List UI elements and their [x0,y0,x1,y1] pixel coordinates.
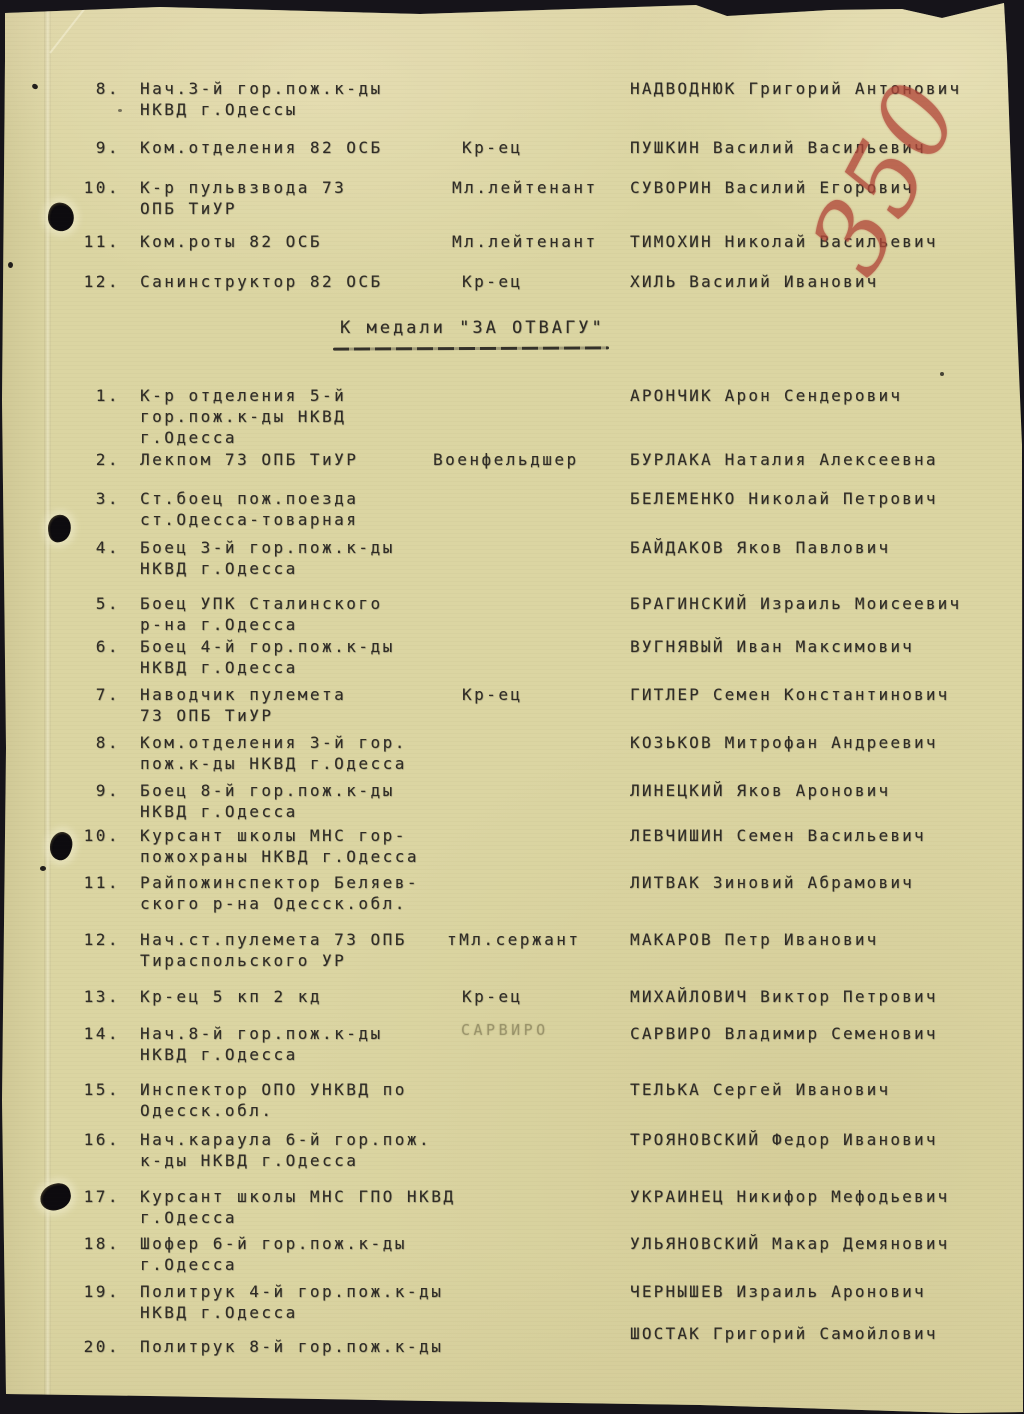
entry-name: АРОНЧИК Арон Сендерович [630,385,1015,406]
entry-position-line: г.Одесса [140,1207,480,1228]
entry-number: 14. [58,1023,120,1044]
entry-position-line: НКВД г.Одесса [140,1044,480,1065]
entry-number: 2. [58,449,120,470]
entry-position-line: Политрук 8-й гор.пож.к-ды [140,1336,480,1357]
entry-position-line: Курсант школы МНС ГПО НКВД [140,1186,480,1207]
entry-name: ТРОЯНОВСКИЙ Федор Иванович [630,1129,1015,1150]
entry-number: 9. [58,780,120,801]
entry-rank: Военфельдшер [433,449,633,470]
entry-position-line: Кр-ец 5 кп 2 кд [140,986,480,1007]
entry-position-line: г.Одесса [140,1254,480,1275]
entry-number: 12. [58,271,120,292]
entry-position-line: Лекпом 73 ОПБ ТиУР [140,449,480,470]
entry-position-line: ОПБ ТиУР [140,198,480,219]
entry-position-line: Боец 4-й гор.пож.к-ды [140,636,480,657]
entry-rank: тМл.сержант [447,929,647,950]
entry-position: Санинструктор 82 ОСБ [140,271,480,292]
entry-position-line: р-на г.Одесса [140,614,480,635]
entry-name: БАЙДАКОВ Яков Павлович [630,537,1015,558]
entry-number: 1. [58,385,120,406]
section-title: К медали "ЗА ОТВАГУ" [340,318,605,338]
entry-position-line: к-ды НКВД г.Одесса [140,1150,480,1171]
entry-name: МАКАРОВ Петр Иванович [630,929,1015,950]
entry-position: Курсант школы МНС гор-пожохраны НКВД г.О… [140,825,480,867]
entry-position: Боец 8-й гор.пож.к-дыНКВД г.Одесса [140,780,480,822]
entry-position: Нач.8-й гор.пож.к-дыНКВД г.Одесса [140,1023,480,1065]
entry-position-line: К-р отделения 5-й [140,385,480,406]
entry-position-line: Нач.3-й гор.пож.к-ды [140,78,480,99]
entry-position-line: Боец 8-й гор.пож.к-ды [140,780,480,801]
entry-position-line: г.Одесса [140,427,480,448]
entry-name: БЕЛЕМЕНКО Николай Петрович [630,488,1015,509]
entry-position-line: Ком.отделения 3-й гор. [140,732,480,753]
entry-position-line: пожохраны НКВД г.Одесса [140,846,480,867]
entry-name: МИХАЙЛОВИЧ Виктор Петрович [630,986,1015,1007]
entry-position-line: Райпожинспектор Беляев- [140,872,480,893]
entry-number: 11. [58,872,120,893]
entry-position-line: Нач.8-й гор.пож.к-ды [140,1023,480,1044]
diagonal-crease [49,0,120,54]
entry-name: БУРЛАКА Наталия Алексеевна [630,449,1015,470]
entry-position-line: Нач.ст.пулемета 73 ОПБ [140,929,480,950]
entry-position: Боец 4-й гор.пож.к-дыНКВД г.Одесса [140,636,480,678]
scanned-document: { "page": { "header_title": "К медали \"… [0,0,1024,1414]
entry-position: Политрук 4-й гор.пож.к-дыНКВД г.Одесса [140,1281,480,1323]
entry-name: САРВИРО Владимир Семенович [630,1023,1015,1044]
entry-position-line: Тираспольского УР [140,950,480,971]
paper-speck [31,83,39,90]
entry-position: Курсант школы МНС ГПО НКВДг.Одесса [140,1186,480,1228]
entry-name: УЛЬЯНОВСКИЙ Макар Демянович [630,1233,1015,1254]
faded-ink-ghost-text: САРВИРО [461,1021,549,1039]
entry-position-line: Боец УПК Сталинского [140,593,480,614]
paper-speck [8,262,13,268]
entry-position-line: НКВД г.Одесса [140,801,480,822]
entry-name: УКРАИНЕЦ Никифор Мефодьевич [630,1186,1015,1207]
entry-number: 6. [58,636,120,657]
entry-number: 18. [58,1233,120,1254]
entry-number: 20. [58,1336,120,1357]
entry-position: К-р отделения 5-йгор.пож.к-ды НКВДг.Одес… [140,385,480,448]
entry-position: Наводчик пулемета73 ОПБ ТиУР [140,684,480,726]
entry-position: Ком.отделения 82 ОСБ [140,137,480,158]
entry-position: К-р пульвзвода 73ОПБ ТиУР [140,177,480,219]
entry-position-line: Инспектор ОПО УНКВД по [140,1079,480,1100]
entry-position: Ком.отделения 3-й гор.пож.к-ды НКВД г.Од… [140,732,480,774]
entry-name: ВУГНЯВЫЙ Иван Максимович [630,636,1015,657]
entry-position-line: К-р пульвзвода 73 [140,177,480,198]
entry-name: БРАГИНСКИЙ Израиль Моисеевич [630,593,1015,614]
paper-speck [118,109,122,112]
entry-name: ШОСТАК Григорий Самойлович [630,1323,1015,1344]
entry-name: КОЗЬКОВ Митрофан Андреевич [630,732,1015,753]
entry-position-line: Боец 3-й гор.пож.к-ды [140,537,480,558]
entry-number: 7. [58,684,120,705]
entry-position-line: Политрук 4-й гор.пож.к-ды [140,1281,480,1302]
entry-position: Боец 3-й гор.пож.к-дыНКВД г.Одесса [140,537,480,579]
entry-number: 9. [58,137,120,158]
entry-position: Нач.караула 6-й гор.пож.к-ды НКВД г.Одес… [140,1129,480,1171]
entry-number: 12. [58,929,120,950]
entry-position-line: Санинструктор 82 ОСБ [140,271,480,292]
entry-position: Политрук 8-й гор.пож.к-ды [140,1336,480,1357]
paper-speck [940,372,944,376]
entry-name: ГИТЛЕР Семен Константинович [630,684,1015,705]
entry-position: Нач.3-й гор.пож.к-дыНКВД г.Одессы [140,78,480,120]
entry-position-line: НКВД г.Одесса [140,657,480,678]
entry-position-line: НКВД г.Одесса [140,558,480,579]
paper-hole [45,201,76,234]
entry-position: Боец УПК Сталинскогор-на г.Одесса [140,593,480,635]
entry-number: 16. [58,1129,120,1150]
entry-position-line: 73 ОПБ ТиУР [140,705,480,726]
entry-name: ЛИНЕЦКИЙ Яков Аронович [630,780,1015,801]
entry-number: 4. [58,537,120,558]
entry-position-line: Наводчик пулемета [140,684,480,705]
entry-rank: Мл.лейтенант [452,177,652,198]
entry-position-line: пож.к-ды НКВД г.Одесса [140,753,480,774]
entry-position-line: Ком.отделения 82 ОСБ [140,137,480,158]
document-page: 8.Нач.3-й гор.пож.к-дыНКВД г.ОдессыНАДВО… [0,0,1024,1414]
entry-number: 8. [58,732,120,753]
entry-position-line: гор.пож.к-ды НКВД [140,406,480,427]
entry-position-line: Курсант школы МНС гор- [140,825,480,846]
paper-speck [40,866,46,871]
entry-position: Ком.роты 82 ОСБ [140,231,480,252]
entry-position: Нач.ст.пулемета 73 ОПБТираспольского УР [140,929,480,971]
entry-position: Кр-ец 5 кп 2 кд [140,986,480,1007]
section-title-underline [333,346,609,350]
entry-rank: Мл.лейтенант [452,231,652,252]
entry-position-line: ст.Одесса-товарная [140,509,480,530]
entry-number: 19. [58,1281,120,1302]
entry-position-line: ского р-на Одесск.обл. [140,893,480,914]
entry-position: Райпожинспектор Беляев-ского р-на Одесск… [140,872,480,914]
entry-name: ЧЕРНЫШЕВ Израиль Аронович [630,1281,1015,1302]
entry-position-line: Ком.роты 82 ОСБ [140,231,480,252]
entry-position-line: Ст.боец пож.поезда [140,488,480,509]
entry-position: Инспектор ОПО УНКВД поОдесск.обл. [140,1079,480,1121]
entry-name: ТЕЛЬКА Сергей Иванович [630,1079,1015,1100]
entry-number: 13. [58,986,120,1007]
entry-name: ЛЕВЧИШИН Семен Васильевич [630,825,1015,846]
entry-position-line: Шофер 6-й гор.пож.к-ды [140,1233,480,1254]
entry-position: Лекпом 73 ОПБ ТиУР [140,449,480,470]
entry-name: ЛИТВАК Зиновий Абрамович [630,872,1015,893]
entry-position-line: Нач.караула 6-й гор.пож. [140,1129,480,1150]
entry-number: 5. [58,593,120,614]
entry-position: Ст.боец пож.поездаст.Одесса-товарная [140,488,480,530]
entry-position: Шофер 6-й гор.пож.к-дыг.Одесса [140,1233,480,1275]
entry-number: 8. [58,78,120,99]
entry-number: 3. [58,488,120,509]
entry-number: 11. [58,231,120,252]
entry-position-line: Одесск.обл. [140,1100,480,1121]
entry-position-line: НКВД г.Одесса [140,1302,480,1323]
entry-position-line: НКВД г.Одессы [140,99,480,120]
entry-number: 15. [58,1079,120,1100]
entry-number: 10. [58,177,120,198]
